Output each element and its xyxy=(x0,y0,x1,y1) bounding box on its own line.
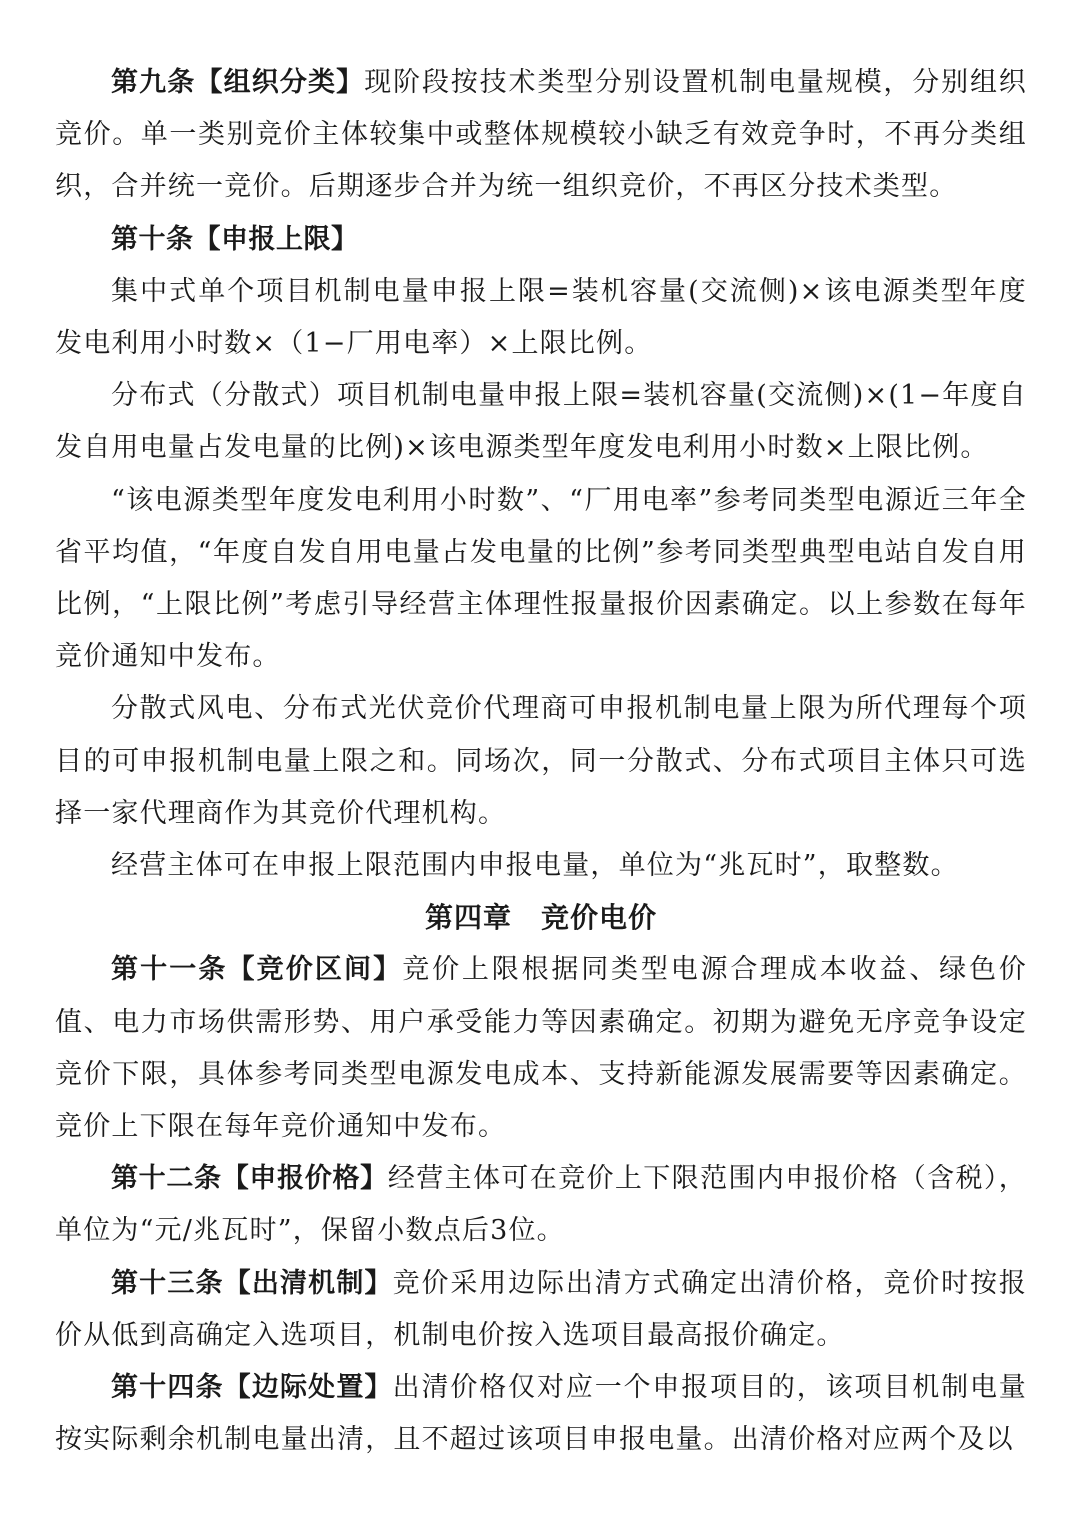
document-page: 第九条【组织分类】现阶段按技术类型分别设置机制电量规模，分别组织竞价。单一类别竞… xyxy=(55,57,1027,1466)
article-title: 第十条【申报上限】 xyxy=(111,224,359,255)
article-14: 第十四条【边际处置】出清价格仅对应一个申报项目的，该项目机制电量按实际剩余机制电… xyxy=(55,1362,1027,1466)
article-12: 第十二条【申报价格】经营主体可在竞价上下限范围内申报价格（含税），单位为“元/兆… xyxy=(55,1153,1027,1257)
article-title: 第十一条【竞价区间】 xyxy=(111,954,402,985)
paragraph-parameters: “该电源类型年度发电利用小时数”、“厂用电率”参考同类型电源近三年全省平均值，“… xyxy=(55,475,1027,684)
article-13: 第十三条【出清机制】竞价采用边际出清方式确定出清价格，竞价时按报价从低到高确定入… xyxy=(55,1258,1027,1362)
article-title: 第十四条【边际处置】 xyxy=(111,1372,393,1403)
article-10: 第十条【申报上限】 xyxy=(55,214,1027,266)
paragraph-agent-limit: 分散式风电、分布式光伏竞价代理商可申报机制电量上限为所代理每个项目的可申报机制电… xyxy=(55,683,1027,840)
paragraph-unit: 经营主体可在申报上限范围内申报电量，单位为“兆瓦时”，取整数。 xyxy=(55,840,1027,892)
article-title: 第九条【组织分类】 xyxy=(111,67,364,98)
article-title: 第十三条【出清机制】 xyxy=(111,1268,393,1299)
chapter-heading: 第四章 竞价电价 xyxy=(55,892,1027,944)
paragraph-distributed-limit: 分布式（分散式）项目机制电量申报上限=装机容量(交流侧)×(1−年度自发自用电量… xyxy=(55,370,1027,474)
paragraph-centralized-limit: 集中式单个项目机制电量申报上限=装机容量(交流侧)×该电源类型年度发电利用小时数… xyxy=(55,266,1027,370)
article-11: 第十一条【竞价区间】竞价上限根据同类型电源合理成本收益、绿色价值、电力市场供需形… xyxy=(55,944,1027,1153)
article-9: 第九条【组织分类】现阶段按技术类型分别设置机制电量规模，分别组织竞价。单一类别竞… xyxy=(55,57,1027,214)
article-title: 第十二条【申报价格】 xyxy=(111,1163,388,1194)
